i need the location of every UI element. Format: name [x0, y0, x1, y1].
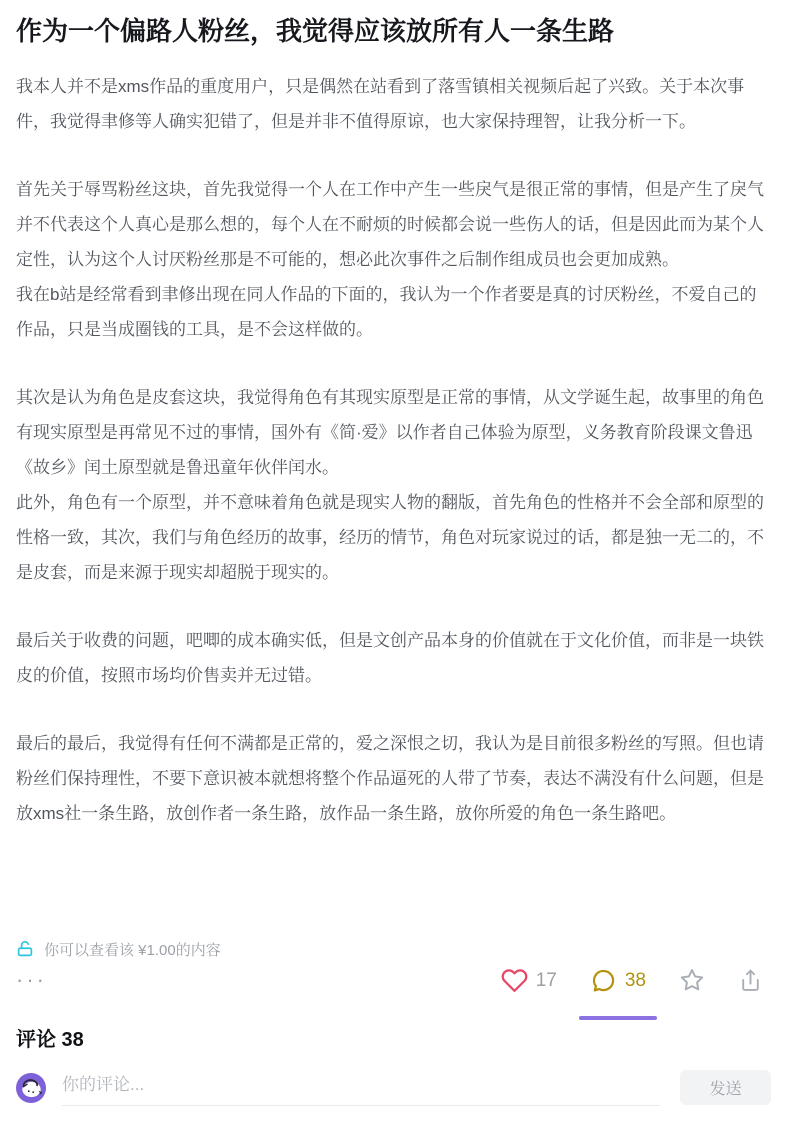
comment-composer: 发送: [16, 1069, 771, 1106]
post-paragraph: 其次是认为角色是皮套这块，我觉得角色有其现实原型是正常的事情，从文学诞生起，故事…: [16, 380, 771, 590]
post-footer-area: 你可以查看该 ¥1.00的内容 ··· 17: [0, 938, 785, 1106]
more-button[interactable]: ···: [16, 975, 47, 985]
post-content-area: 作为一个偏路人粉丝，我觉得应该放所有人一条生路 我本人并不是xms作品的重度用户…: [0, 0, 785, 938]
comment-icon: [590, 967, 617, 994]
avatar[interactable]: [16, 1073, 46, 1103]
share-button[interactable]: [738, 968, 763, 993]
paywall-notice: 你可以查看该 ¥1.00的内容: [16, 938, 771, 960]
action-bar: ··· 17: [16, 965, 771, 995]
heart-icon: [501, 967, 528, 994]
paywall-text: 你可以查看该 ¥1.00的内容: [44, 939, 221, 960]
comments-heading: 评论 38: [16, 1028, 771, 1052]
post-page: 作为一个偏路人粉丝，我觉得应该放所有人一条生路 我本人并不是xms作品的重度用户…: [0, 0, 785, 1126]
send-button[interactable]: 发送: [680, 1070, 771, 1105]
post-paragraph: 最后关于收费的问题，吧唧的成本确实低，但是文创产品本身的价值就在于文化价值，而非…: [16, 623, 771, 693]
post-paragraph: 我本人并不是xms作品的重度用户，只是偶然在站看到了落雪镇相关视频后起了兴致。关…: [16, 69, 771, 139]
comment-count: 38: [625, 971, 646, 990]
post-paragraph: 首先关于辱骂粉丝这块，首先我觉得一个人在工作中产生一些戾气是很正常的事情，但是产…: [16, 172, 771, 347]
post-body: 我本人并不是xms作品的重度用户，只是偶然在站看到了落雪镇相关视频后起了兴致。关…: [16, 69, 771, 831]
post-stats: 17 38: [501, 967, 763, 994]
favorite-button[interactable]: [679, 967, 705, 993]
more-icon: ···: [16, 967, 47, 992]
post-paragraph: 最后的最后，我觉得有任何不满都是正常的，爱之深恨之切，我认为是目前很多粉丝的写照…: [16, 726, 771, 831]
comment-button[interactable]: 38: [590, 967, 646, 994]
comments-tab-active-underline: [579, 1016, 657, 1020]
like-button[interactable]: 17: [501, 967, 557, 994]
comment-input-underline: [62, 1069, 660, 1106]
comment-input[interactable]: [62, 1069, 660, 1105]
star-icon: [679, 967, 705, 993]
share-icon: [738, 968, 763, 993]
unlock-icon: [16, 940, 34, 958]
page-title: 作为一个偏路人粉丝，我觉得应该放所有人一条生路: [16, 13, 771, 49]
like-count: 17: [536, 971, 557, 990]
